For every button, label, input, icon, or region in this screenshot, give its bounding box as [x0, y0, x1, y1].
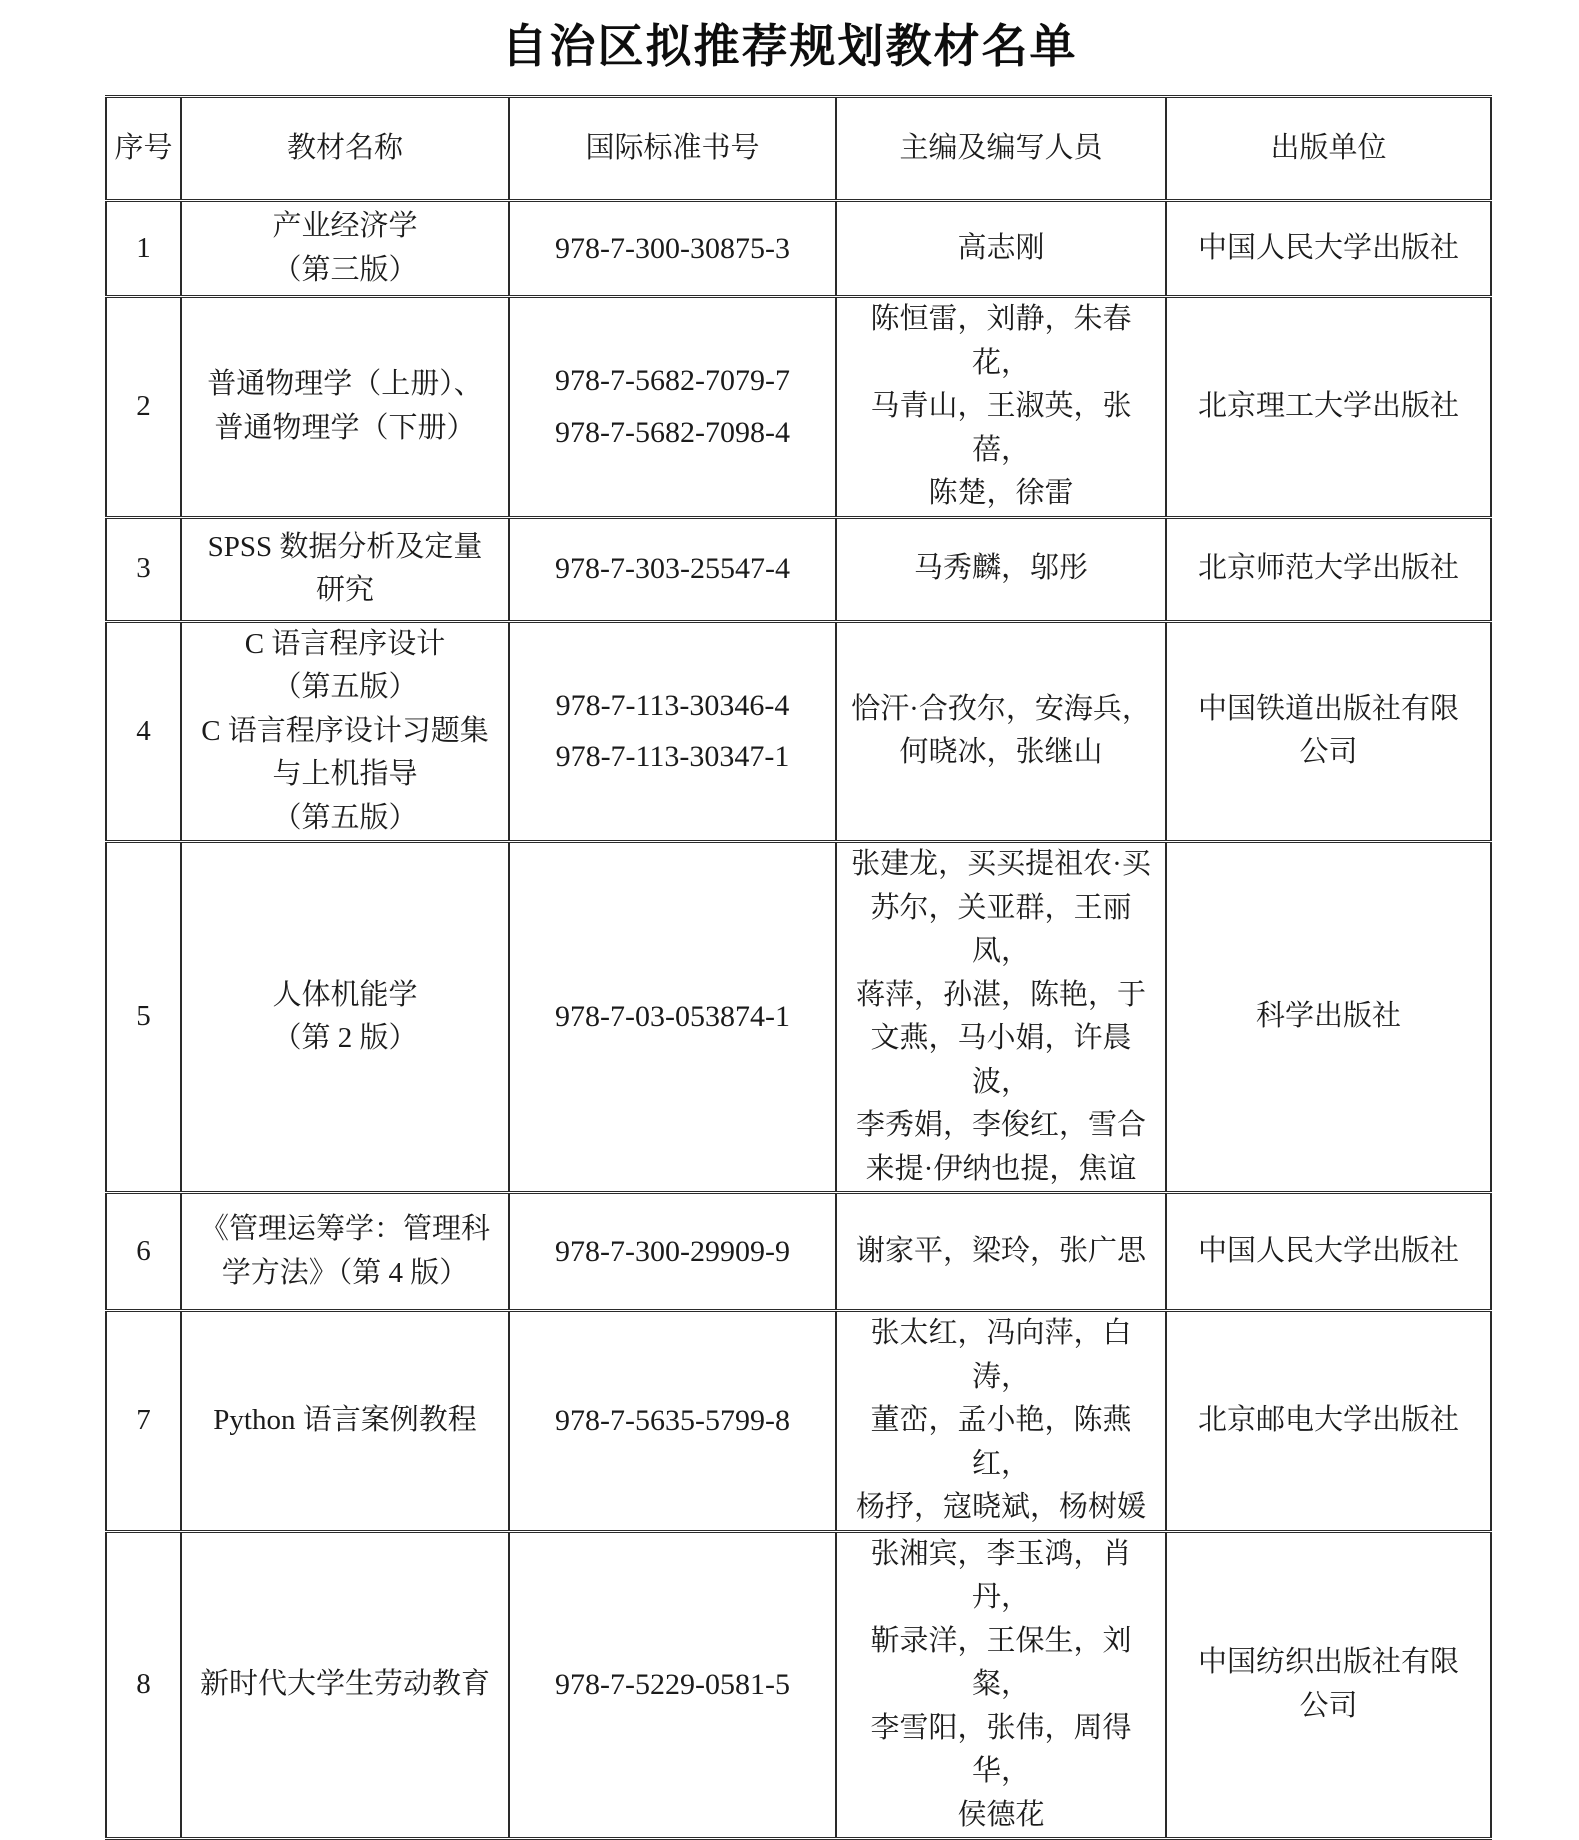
cell-isbn: 978-7-300-29909-9: [509, 1193, 836, 1311]
cell-textbook-name: 《管理运筹学：管理科 学方法》（第 4 版）: [181, 1193, 509, 1311]
cell-textbook-name: C 语言程序设计 （第五版） C 语言程序设计习题集 与上机指导 （第五版）: [181, 621, 509, 842]
cell-serial-number: 8: [106, 1531, 181, 1839]
cell-editors: 张建龙，买买提祖农·买 苏尔，关亚群，王丽凤， 蒋萍，孙湛，陈艳，于 文燕，马小…: [836, 842, 1166, 1193]
cell-isbn: 978-7-113-30346-4 978-7-113-30347-1: [509, 621, 836, 842]
cell-editors: 陈恒雷，刘静，朱春花， 马青山，王淑英，张蓓， 陈楚，徐雷: [836, 297, 1166, 518]
cell-publisher: 中国人民大学出版社: [1166, 1193, 1491, 1311]
cell-publisher: 北京邮电大学出版社: [1166, 1311, 1491, 1532]
cell-serial-number: 4: [106, 621, 181, 842]
cell-serial-number: 2: [106, 297, 181, 518]
cell-editors: 马秀麟，邬彤: [836, 517, 1166, 621]
page-title: 自治区拟推荐规划教材名单: [0, 10, 1579, 76]
table-row: 7 Python 语言案例教程 978-7-5635-5799-8 张太红，冯向…: [106, 1311, 1491, 1532]
cell-editors: 高志刚: [836, 201, 1166, 297]
cell-textbook-name: Python 语言案例教程: [181, 1311, 509, 1532]
header-isbn: 国际标准书号: [509, 97, 836, 201]
header-publisher: 出版单位: [1166, 97, 1491, 201]
cell-serial-number: 3: [106, 517, 181, 621]
cell-isbn: 978-7-300-30875-3: [509, 201, 836, 297]
cell-serial-number: 7: [106, 1311, 181, 1532]
cell-editors: 张湘宾，李玉鸿，肖丹， 靳录洋，王保生，刘粲， 李雪阳，张伟，周得华， 侯德花: [836, 1531, 1166, 1839]
cell-publisher: 中国人民大学出版社: [1166, 201, 1491, 297]
table-row: 5 人体机能学 （第 2 版） 978-7-03-053874-1 张建龙，买买…: [106, 842, 1491, 1193]
cell-isbn: 978-7-5635-5799-8: [509, 1311, 836, 1532]
cell-publisher: 中国铁道出版社有限 公司: [1166, 621, 1491, 842]
table-row: 6 《管理运筹学：管理科 学方法》（第 4 版） 978-7-300-29909…: [106, 1193, 1491, 1311]
table-row: 4 C 语言程序设计 （第五版） C 语言程序设计习题集 与上机指导 （第五版）…: [106, 621, 1491, 842]
table-header-row: 序号 教材名称 国际标准书号 主编及编写人员 出版单位: [106, 97, 1491, 201]
cell-editors: 谢家平，梁玲，张广思: [836, 1193, 1166, 1311]
cell-textbook-name: 普通物理学（上册）、 普通物理学（下册）: [181, 297, 509, 518]
cell-isbn: 978-7-5682-7079-7 978-7-5682-7098-4: [509, 297, 836, 518]
cell-editors: 恰汗·合孜尔，安海兵， 何晓冰，张继山: [836, 621, 1166, 842]
header-editors: 主编及编写人员: [836, 97, 1166, 201]
cell-publisher: 北京理工大学出版社: [1166, 297, 1491, 518]
cell-textbook-name: 人体机能学 （第 2 版）: [181, 842, 509, 1193]
table-row: 3 SPSS 数据分析及定量 研究 978-7-303-25547-4 马秀麟，…: [106, 517, 1491, 621]
table-row: 1 产业经济学 （第三版） 978-7-300-30875-3 高志刚 中国人民…: [106, 201, 1491, 297]
cell-publisher: 科学出版社: [1166, 842, 1491, 1193]
cell-serial-number: 1: [106, 201, 181, 297]
table-row: 2 普通物理学（上册）、 普通物理学（下册） 978-7-5682-7079-7…: [106, 297, 1491, 518]
cell-textbook-name: 产业经济学 （第三版）: [181, 201, 509, 297]
cell-isbn: 978-7-303-25547-4: [509, 517, 836, 621]
cell-isbn: 978-7-03-053874-1: [509, 842, 836, 1193]
cell-publisher: 中国纺织出版社有限 公司: [1166, 1531, 1491, 1839]
cell-textbook-name: SPSS 数据分析及定量 研究: [181, 517, 509, 621]
cell-publisher: 北京师范大学出版社: [1166, 517, 1491, 621]
cell-serial-number: 6: [106, 1193, 181, 1311]
cell-editors: 张太红，冯向萍，白涛， 董峦，孟小艳，陈燕红， 杨抒，寇晓斌，杨树媛: [836, 1311, 1166, 1532]
cell-serial-number: 5: [106, 842, 181, 1193]
cell-isbn: 978-7-5229-0581-5: [509, 1531, 836, 1839]
table-row: 8 新时代大学生劳动教育 978-7-5229-0581-5 张湘宾，李玉鸿，肖…: [106, 1531, 1491, 1839]
cell-textbook-name: 新时代大学生劳动教育: [181, 1531, 509, 1839]
header-serial-number: 序号: [106, 97, 181, 201]
header-textbook-name: 教材名称: [181, 97, 509, 201]
textbook-table: 序号 教材名称 国际标准书号 主编及编写人员 出版单位 1 产业经济学 （第三版…: [105, 95, 1492, 1840]
